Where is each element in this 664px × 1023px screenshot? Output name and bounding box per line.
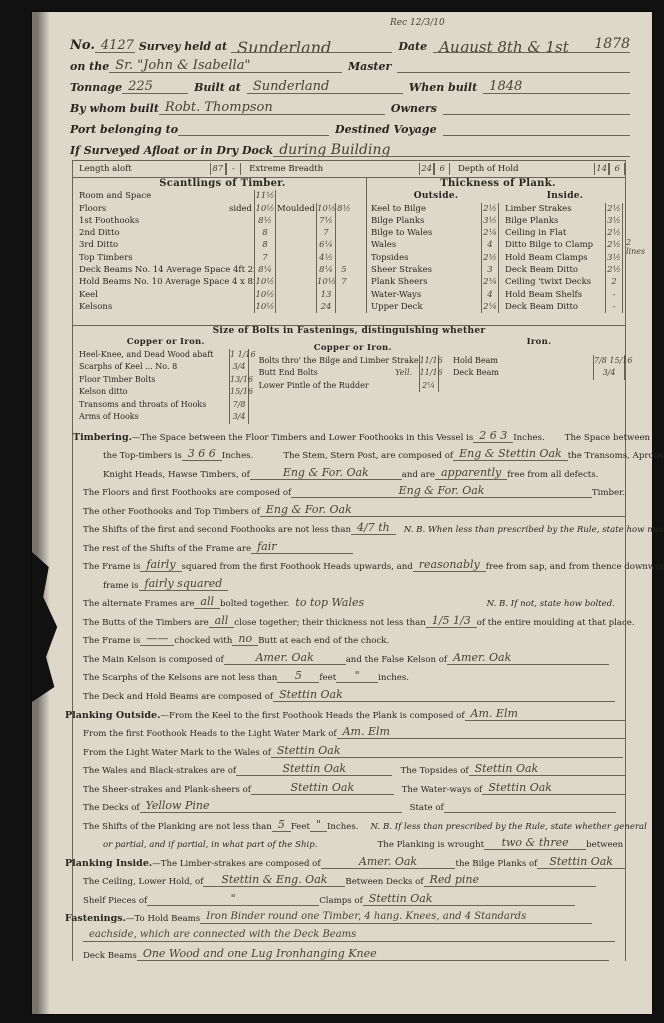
scantling-row: Floorssided10½Moulded10½8½ [79,203,366,215]
survey-year: 1878 [594,36,630,53]
plank-inside: Inside. Limber Strakes2½ Bilge Planks3½ … [501,190,625,313]
plank-margin-note: 2 lines [626,238,652,256]
scantling-row: Deck Beams No. 14 Average Space 4ft 2in8… [79,264,366,276]
scantling-row: 1st Foothooks8½7½ [79,215,366,227]
afloat-value: during Building [273,142,630,157]
owners-label: Owners [391,102,437,115]
length-inches: - [226,163,242,175]
breadth-label: Extreme Breadth [241,163,419,175]
afloat-label: If Surveyed Afloat or in Dry Dock [70,144,273,157]
received-annotation: Rec 12/3/10 [390,18,445,28]
header-row-3: Tonnage 225 Built at Sunderland When bui… [70,79,630,94]
depth-feet: 14 [594,163,610,175]
survey-held-label: Survey held at [139,40,227,53]
breadth-feet: 24 [419,163,435,175]
depth-inches: 6 [609,163,625,175]
dimensions-row: Length aloft 87 - Extreme Breadth 24 6 D… [73,161,625,178]
header-row-6: If Surveyed Afloat or in Dry Dock during… [70,142,630,157]
master-value [397,58,630,73]
owners-value [443,100,630,115]
scantling-row: Kelsons10½24 [79,301,366,313]
scantling-row: 2nd Ditto87 [79,227,366,239]
bolts-col3: Iron. Hold Beam7/8 15/16 Deck Beam3/4 [447,336,625,424]
plank-table: Thickness of Plank. Outside. Keel to Bil… [367,178,625,313]
survey-date: August 8th & 1st [433,38,594,53]
vessel-name: Sr. "John & Isabella" [109,58,342,73]
plank-title: Thickness of Plank. [371,178,625,190]
header-row-5: Port belonging to Destined Voyage [70,121,630,136]
length-feet: 87 [210,163,226,175]
scantlings-and-plank: Scantlings of Timber. Room and Space11½ … [73,178,625,313]
no-label: No. [70,38,95,53]
bolts-title: Size of Bolts in Fastenings, distinguish… [73,326,625,336]
scantlings-title: Scantlings of Timber. [79,178,366,190]
built-at-label: Built at [194,81,241,94]
planking-inside-section: Planking Inside.—The Limber-strakes are … [72,850,626,906]
scantlings-box: Length aloft 87 - Extreme Breadth 24 6 D… [72,160,626,326]
tonnage-label: Tonnage [70,81,122,94]
survey-number: 4127 [95,38,135,53]
header-row-4: By whom built Robt. Thompson Owners [70,100,630,115]
scantling-row: Top Timbers74½ [79,252,366,264]
on-the-label: on the [70,60,109,73]
header-row-1: No. 4127 Survey held at Sunderland Date … [70,36,630,53]
destined-voyage-label: Destined Voyage [335,123,437,136]
destined-voyage-value [443,121,630,136]
header-row-2: on the Sr. "John & Isabella" Master [70,58,630,73]
tonnage-value: 225 [122,79,188,94]
fastenings-section: Fastenings.—To Hold BeamsIron Binder rou… [72,905,626,961]
planking-outside-section: Planking Outside.—From the Keel to the f… [72,702,626,850]
scantling-row: Room and Space11½ [79,190,366,202]
bolts-col1: Copper or Iron. Heel-Knee, and Dead Wood… [73,336,253,424]
survey-document: Rec 12/3/10 No. 4127 Survey held at Sund… [32,12,652,1014]
scantling-row: Keel10½13 [79,289,366,301]
port-value [178,121,329,136]
torn-edge [32,552,60,702]
survey-location: Sunderland [231,38,392,53]
plank-outside: Outside. Keel to Bilge2½ Bilge Planks3½ … [371,190,501,313]
when-built-value: 1848 [483,79,630,94]
when-built-label: When built [409,81,477,94]
built-at-value: Sunderland [247,79,403,94]
master-label: Master [348,60,391,73]
breadth-inches: 6 [434,163,450,175]
scantling-row: 3rd Ditto86¼ [79,239,366,251]
bolts-col2: Copper or Iron. Bolts thro' the Bilge an… [253,336,447,424]
by-whom-built-label: By whom built [70,102,159,115]
port-label: Port belonging to [70,123,178,136]
depth-label: Depth of Hold [450,163,594,175]
date-label: Date [398,40,427,53]
scantlings-table: Scantlings of Timber. Room and Space11½ … [73,178,367,313]
bolts-box: Size of Bolts in Fastenings, distinguish… [72,325,626,426]
timbering-section: Timbering.—The Space between the Floor T… [72,424,626,702]
length-label: Length aloft [73,163,210,175]
builder-name: Robt. Thompson [159,100,385,115]
scantling-row: Hold Beams No. 10 Average Space 4 x 8ft1… [79,276,366,288]
